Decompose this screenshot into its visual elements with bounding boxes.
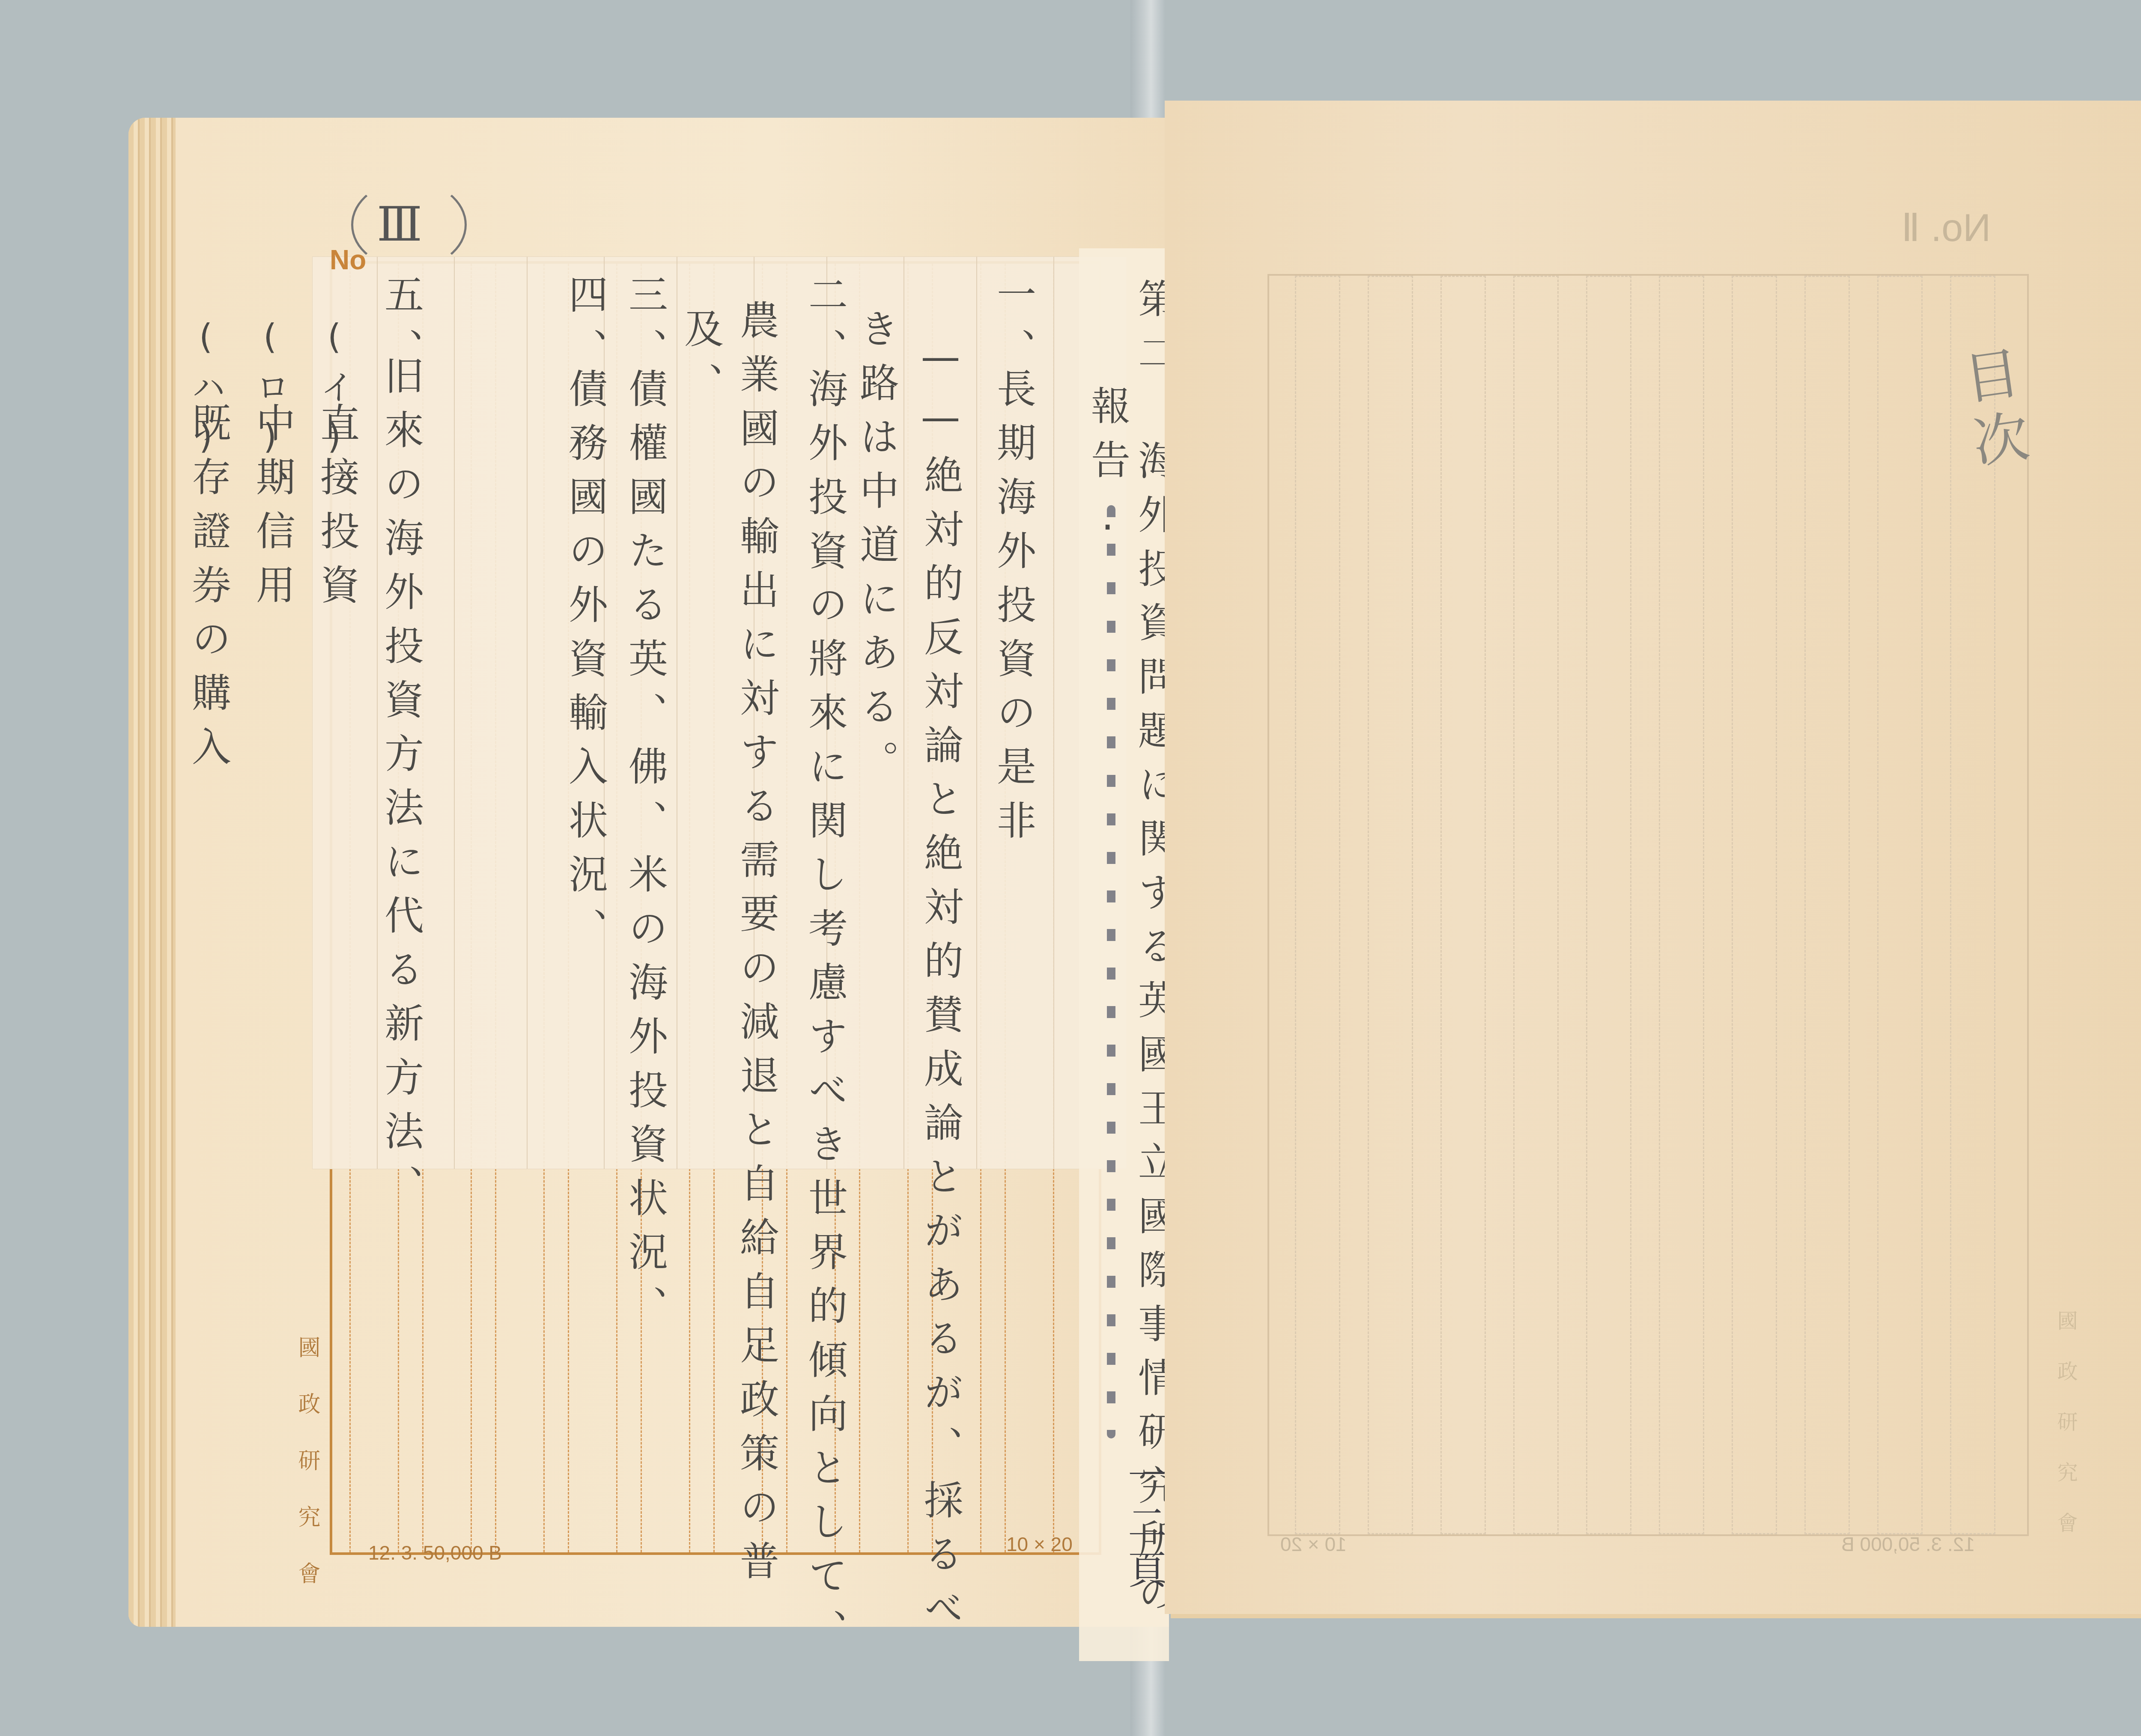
item-5-text: 旧來の海外投資方法に代る新方法、 [381,355,420,1218]
page-edges [128,118,176,1627]
dotted-leader-line [1107,505,1115,1438]
show-through-sheet-number: No. Ⅱ [1901,205,1991,250]
item-4-text: 債務國の外資輸入状況、 [565,368,605,962]
item-2-text: 海外投資の將來に関し考慮すべき世界的傾向として、 [805,368,844,1663]
subitem-ro-text: 中期信用 [253,402,292,618]
printed-grid-size: 10 × 20 [1006,1533,1073,1556]
show-through-print-info: 12. 3. 50,000 B [1841,1533,1975,1556]
item-3-text: 債權國たる英、佛、米の海外投資状況、 [625,368,665,1339]
item-1-number: 一、 [993,274,1033,382]
item-1-cont-2: き路は中道にある。 [856,308,896,794]
sheet-number: Ⅲ [377,197,422,252]
show-through-grid-size: 10 × 20 [1280,1533,1347,1556]
item-4-number: 四、 [565,274,605,382]
item-3-number: 三、 [625,274,665,382]
subitem-ha-text: 既存證券の購入 [188,402,228,780]
item-1-cont-1: ——絶対的反対論と絶対的賛成論とがあるが、採るべ [921,334,960,1641]
item-1-text: 長期海外投資の是非 [993,368,1033,854]
item-2-cont-1: 農業國の輸出に対する需要の減退と自給自足政策の普 [737,300,776,1594]
printed-print-info: 12. 3. 50,000 B [368,1541,502,1564]
show-through-grid-frame [1267,274,2029,1536]
sheet-number-prefix: No [330,244,366,276]
show-through-text-col-1 [1768,300,1805,471]
printed-publisher: 國政研究會 [291,1336,323,1618]
show-through-publisher: 國政研究會 [2051,1310,2081,1563]
item-2-cont-2: 及、 [681,308,720,416]
item-2-number: 二、 [805,274,844,382]
subitem-i-text: 直接投資 [317,402,356,618]
page-count-note: 一二頁 [1115,1456,1171,1597]
